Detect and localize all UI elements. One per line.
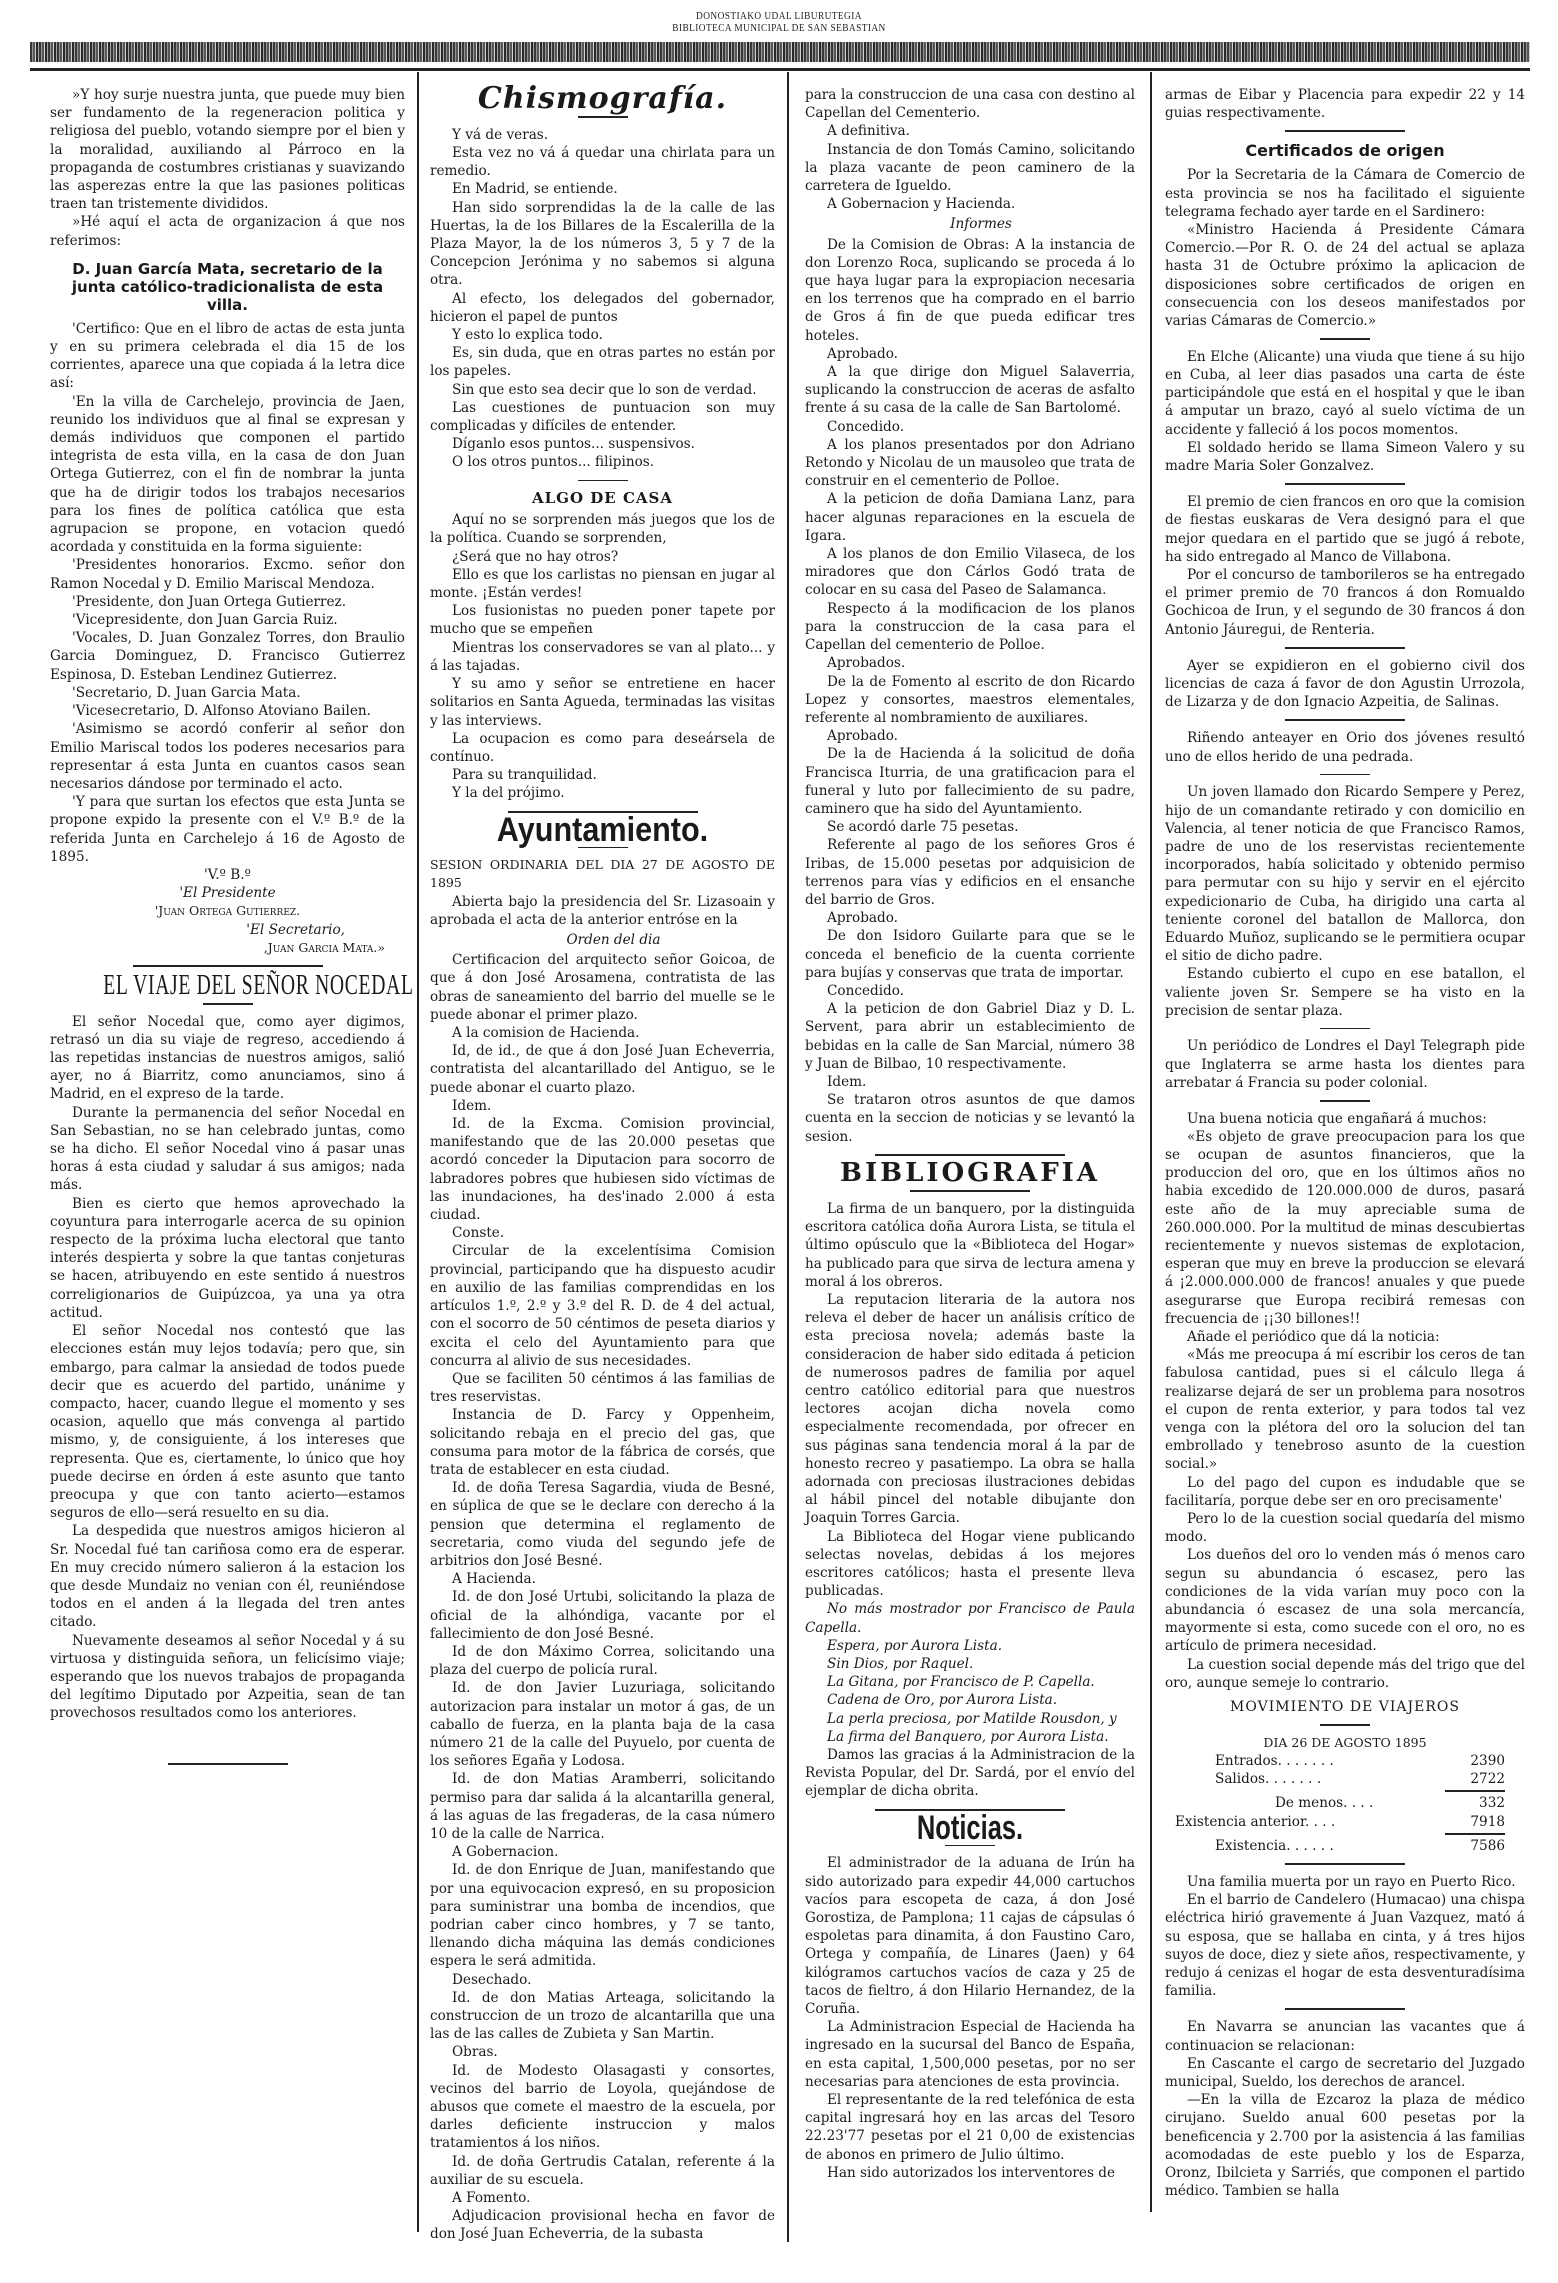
column-1: »Y hoy surje nuestra junta, que puede mu… [50,86,405,1773]
paragraph: Id. de don José Urtubi, solicitando la p… [430,1588,775,1643]
book-entry-text: La perla preciosa, por Matilde Rousdon, … [827,1711,1117,1727]
agenda-subheading: Orden del dia [430,931,775,949]
section-separator [578,116,628,118]
paragraph: La Administracion Especial de Hacienda h… [805,2018,1135,2091]
paragraph: Id, de id., de que á don José Juan Echev… [430,1042,775,1097]
column-divider [1150,72,1152,2212]
paragraph: La Biblioteca del Hogar viene publicando… [805,1528,1135,1601]
book-entry: No más mostrador por Francisco de Paula … [805,1600,1135,1636]
ledger-row-anterior: Existencia anterior. . . . 7918 [1165,1813,1525,1831]
paragraph: 'Asimismo se acordó conferir al señor do… [50,720,405,793]
ledger-row-salidos: Salidos. . . . . . . 2722 [1165,1770,1525,1788]
paragraph: El señor Nocedal que, como ayer digimos,… [50,1013,405,1104]
section-separator [875,1154,1065,1156]
paragraph: El señor Nocedal nos contestó que las el… [50,1322,405,1522]
travelers-table: DIA 26 DE AGOSTO 1895 Entrados. . . . . … [1165,1734,1525,1855]
ledger-value: 2390 [1470,1752,1505,1770]
paragraph: armas de Eibar y Placencia para expedir … [1165,86,1525,122]
paragraph: Ello es que los carlistas no piensan en … [430,566,775,602]
paragraph: Esta vez no vá á quedar una chirlata par… [430,144,775,180]
paragraph: »Y hoy surje nuestra junta, que puede mu… [50,86,405,213]
paragraph: 'Certifico: Que en el libro de actas de … [50,320,405,393]
paragraph: Id. de don Matias Aramberri, solicitando… [430,1770,775,1843]
ledger-label: Existencia. . . . . . [1215,1837,1334,1855]
paragraph: Sin que esto sea decir que lo son de ver… [430,381,775,399]
paragraph: La despedida que nuestros amigos hiciero… [50,1522,405,1631]
book-entry-text: La Gitana, por Francisco de P. Capella. [827,1674,1095,1690]
ledger-value: 332 [1479,1794,1505,1812]
section-title-noticias: Noticias. [846,1819,1094,1837]
book-entry-text: No más mostrador por Francisco de Paula … [805,1601,1135,1635]
signature-name: 'Juan Ortega Gutierrez. [50,902,405,920]
paragraph: Aquí no se sorprenden más juegos que los… [430,511,775,547]
ledger-label: Salidos. . . . . . . [1215,1770,1321,1788]
paragraph: Instancia de don Tomás Camino, solicitan… [805,141,1135,196]
paragraph: Desechado. [430,1971,775,1989]
book-entry-text: Cadena de Oro, por Aurora Lista. [827,1692,1057,1708]
book-entry-text: La firma del Banquero, por Aurora Lista. [827,1729,1109,1745]
paragraph: Concedido. [805,982,1135,1000]
paragraph: Id. de Modesto Olasagasti y consortes, v… [430,2062,775,2153]
paragraph: —En la villa de Ezcaroz la plaza de médi… [1165,2091,1525,2200]
paragraph: 'Presidente, don Juan Ortega Gutierrez. [50,593,405,611]
paragraph: Díganlo esos puntos... suspensivos. [430,435,775,453]
paragraph: Se trataron otros asuntos de que damos c… [805,1091,1135,1146]
section-separator [1285,130,1405,132]
informes-subheading: Informes [805,215,1135,233]
paragraph: El representante de la red telefónica de… [805,2091,1135,2164]
paragraph: Durante la permanencia del señor Nocedal… [50,1104,405,1195]
paragraph: 'Secretario, D. Juan Garcia Mata. [50,684,405,702]
paragraph: Concedido. [805,418,1135,436]
paragraph: Mientras los conservadores se van al pla… [430,639,775,675]
section-separator [1285,2008,1405,2010]
ledger-row-existencia: Existencia. . . . . . 7586 [1165,1837,1525,1855]
section-separator [1320,1724,1370,1726]
ledger-rule [1445,1833,1505,1835]
paragraph: A la que dirige don Miguel Salaverria, s… [805,363,1135,418]
paragraph: El administrador de la aduana de Irún ha… [805,1854,1135,2018]
book-entry: Sin Dios, por Raquel. [805,1655,1135,1673]
paragraph: En Elche (Alicante) una viuda que tiene … [1165,348,1525,439]
paragraph: En Madrid, se entiende. [430,180,775,198]
library-header-basque: DONOSTIAKO UDAL LIBURUTEGIA [117,10,1441,22]
paragraph: La reputacion literaria de la autora nos… [805,1291,1135,1528]
paragraph: Una buena noticia que engañará á muchos: [1165,1110,1525,1128]
paragraph: Un joven llamado don Ricardo Sempere y P… [1165,783,1525,965]
paragraph: A Gobernacion y Hacienda. [805,195,1135,213]
column-4: armas de Eibar y Placencia para expedir … [1165,86,1525,2200]
column-divider [787,72,789,2242]
ledger-row-entrados: Entrados. . . . . . . 2390 [1165,1752,1525,1770]
section-separator [133,965,323,967]
paragraph: A Hacienda. [430,1570,775,1588]
paragraph: 'Presidentes honorarios. Excmo. señor do… [50,556,405,592]
section-separator [578,480,628,482]
paragraph: 'Vicesecretario, D. Alfonso Atoviano Bai… [50,702,405,720]
paragraph: Id. de doña Teresa Sagardia, viuda de Be… [430,1479,775,1570]
paragraph: Al efecto, los delegados del gobernador,… [430,290,775,326]
ledger-label: Entrados. . . . . . . [1215,1752,1334,1770]
paragraph: De la de Fomento al escrito de don Ricar… [805,673,1135,728]
paragraph: A la peticion de doña Damiana Lanz, para… [805,490,1135,545]
paragraph: A la comision de Hacienda. [430,1024,775,1042]
paragraph: Abierta bajo la presidencia del Sr. Liza… [430,893,775,929]
paragraph: Conste. [430,1224,775,1242]
paragraph: »Hé aquí el acta de organizacion á que n… [50,213,405,249]
signature-title-text: 'El Presidente [179,885,275,901]
section-title-chismografia: Chismografía. [430,90,775,108]
book-entry-text: Sin Dios, por Raquel. [827,1656,973,1672]
signature-name: ,Juan Garcia Mata.» [50,939,405,957]
paragraph: Riñendo anteayer en Orio dos jóvenes res… [1165,729,1525,765]
paragraph: Circular de la excelentísima Comision pr… [430,1242,775,1369]
paragraph: De la de Hacienda á la solicitud de doña… [805,745,1135,818]
paragraph: La firma de un banquero, por la distingu… [805,1200,1135,1291]
section-title-algo-de-casa: ALGO DE CASA [430,489,775,507]
library-header: DONOSTIAKO UDAL LIBURUTEGIA BIBLIOTECA M… [117,10,1441,34]
paragraph: A definitiva. [805,122,1135,140]
paragraph: La ocupacion es como para deseársela de … [430,730,775,766]
paragraph: Y esto lo explica todo. [430,326,775,344]
signature-vb: 'V.º B.º [50,866,405,884]
paragraph: Lo del pago del cupon es indudable que s… [1165,1474,1525,1510]
paragraph: Adjudicacion provisional hecha en favor … [430,2207,775,2243]
paragraph: Añade el periódico que dá la noticia: [1165,1328,1525,1346]
paragraph: Damos las gracias á la Administracion de… [805,1746,1135,1801]
section-separator [1285,483,1405,485]
masthead-rule [30,68,1530,71]
paragraph: En Navarra se anuncian las vacantes que … [1165,2018,1525,2054]
paragraph: Estando cubierto el cupo en ese batallon… [1165,965,1525,1020]
paragraph: A Gobernacion. [430,1843,775,1861]
section-separator [1320,1100,1370,1102]
paragraph: Las cuestiones de puntuacion son muy com… [430,399,775,435]
paragraph: «Es objeto de grave preocupacion para lo… [1165,1128,1525,1328]
library-header-spanish: BIBLIOTECA MUNICIPAL DE SAN SEBASTIAN [117,22,1441,34]
paragraph: Aprobado. [805,727,1135,745]
paragraph: A la peticion de don Gabriel Diaz y D. L… [805,1000,1135,1073]
paragraph: Una familia muerta por un rayo en Puerto… [1165,1873,1525,1891]
section-title-bibliografia: BIBLIOGRAFIA [805,1164,1135,1182]
masthead-banner-strip [30,42,1530,62]
ledger-row-menos: De menos. . . . 332 [1165,1794,1525,1812]
paragraph: Un periódico de Londres el Dayl Telegrap… [1165,1037,1525,1092]
paragraph: Y la del prójimo. [430,784,775,802]
paragraph: Idem. [430,1097,775,1115]
section-separator [203,1003,253,1005]
paragraph: A Fomento. [430,2189,775,2207]
paragraph: Nuevamente deseamos al señor Nocedal y á… [50,1632,405,1723]
section-separator [1285,1863,1405,1865]
signature-title-text: 'El Secretario, [246,922,345,938]
paragraph: Referente al pago de los señores Gros é … [805,836,1135,909]
paragraph: De don Isidoro Guilarte para que se le c… [805,927,1135,982]
travelers-date: DIA 26 DE AGOSTO 1895 [1165,1734,1525,1752]
paragraph: La cuestion social depende más del trigo… [1165,1656,1525,1692]
paragraph: El soldado herido se llama Simeon Valero… [1165,439,1525,475]
section-separator [1320,1028,1370,1030]
paragraph: ¿Será que no hay otros? [430,548,775,566]
signature-title: 'El Secretario, [50,921,405,939]
column-divider [417,72,419,2232]
paragraph: El premio de cien francos en oro que la … [1165,493,1525,566]
paragraph: De la Comision de Obras: A la instancia … [805,236,1135,345]
paragraph: Pero lo de la cuestion social quedaría d… [1165,1510,1525,1546]
paragraph: Ayer se expidieron en el gobierno civil … [1165,657,1525,712]
paragraph: para la construccion de una casa con des… [805,86,1135,122]
paragraph: Aprobado. [805,345,1135,363]
ledger-label: Existencia anterior. . . . [1175,1813,1335,1831]
section-separator [1320,338,1370,340]
paragraph: Id de don Máximo Correa, solicitando una… [430,1643,775,1679]
paragraph: A los planos presentados por don Adriano… [805,436,1135,491]
ledger-value: 7586 [1470,1837,1505,1855]
paragraph: Y vá de veras. [430,126,775,144]
column-3: para la construccion de una casa con des… [805,86,1135,2182]
paragraph: Aprobados. [805,654,1135,672]
paragraph: Instancia de D. Farcy y Oppenheim, solic… [430,1406,775,1479]
paragraph: 'En la villa de Carchelejo, provincia de… [50,393,405,557]
paragraph: Por la Secretaria de la Cámara de Comerc… [1165,166,1525,221]
paragraph: Idem. [805,1073,1135,1091]
paragraph: Respecto á la modificacion de los planos… [805,600,1135,655]
section-separator [910,1190,1030,1192]
book-entry: La firma del Banquero, por Aurora Lista. [805,1728,1135,1746]
paragraph: Id. de doña Gertrudis Catalan, referente… [430,2153,775,2189]
paragraph: O los otros puntos... filipinos. [430,453,775,471]
paragraph: Es, sin duda, que en otras partes no est… [430,344,775,380]
paragraph: 'Y para que surtan los efectos que esta … [50,793,405,866]
paragraph: Han sido sorprendidas la de la calle de … [430,199,775,290]
article-title: EL VIAJE DEL SEÑOR NOCEDAL [103,977,352,995]
paragraph: Id. de don Matias Arteaga, solicitando l… [430,1989,775,2044]
paragraph: 'Vocales, D. Juan Gonzalez Torres, don B… [50,629,405,684]
column-2: Chismografía. Y vá de veras. Esta vez no… [430,86,775,2244]
book-entry: La perla preciosa, por Matilde Rousdon, … [805,1710,1135,1728]
book-entry: La Gitana, por Francisco de P. Capella. [805,1673,1135,1691]
book-entry-text: Espera, por Aurora Lista. [827,1638,1002,1654]
paragraph: Y su amo y señor se entretiene en hacer … [430,675,775,730]
paragraph: Por el concurso de tamborileros se ha en… [1165,566,1525,639]
travelers-table-title: MOVIMIENTO DE VIAJEROS [1165,1698,1525,1716]
section-separator [168,1763,288,1765]
paragraph: «Ministro Hacienda á Presidente Cámara C… [1165,221,1525,330]
paragraph: A los planos de don Emilio Vilaseca, de … [805,545,1135,600]
paragraph: En Cascante el cargo de secretario del J… [1165,2055,1525,2091]
paragraph: Para su tranquilidad. [430,766,775,784]
paragraph: 'Vicepresidente, don Juan Garcia Ruiz. [50,611,405,629]
ledger-label: De menos. . . . [1275,1794,1373,1812]
paragraph: En el barrio de Candelero (Humacao) una … [1165,1891,1525,2000]
paragraph: Bien es cierto que hemos aprovechado la … [50,1195,405,1322]
section-title-certificados: Certificados de origen [1165,142,1525,160]
acta-heading: D. Juan García Mata, secretario de la ju… [50,260,405,314]
paragraph: «Más me preocupa á mí escribir los ceros… [1165,1346,1525,1473]
paragraph: Han sido autorizados los interventores d… [805,2164,1135,2182]
ledger-value: 2722 [1470,1770,1505,1788]
paragraph: Obras. [430,2043,775,2061]
section-separator [1320,774,1370,776]
paragraph: Aprobado. [805,909,1135,927]
section-title-ayuntamiento: Ayuntamiento. [447,821,758,839]
paragraph: Los dueños del oro lo venden más ó menos… [1165,1546,1525,1655]
section-separator [1285,719,1405,721]
book-entry: Cadena de Oro, por Aurora Lista. [805,1691,1135,1709]
ledger-value: 7918 [1470,1813,1505,1831]
book-entry: Espera, por Aurora Lista. [805,1637,1135,1655]
paragraph: Certificacion del arquitecto señor Goico… [430,951,775,1024]
ledger-rule [1445,1790,1505,1792]
section-separator [1285,647,1405,649]
paragraph: Que se faciliten 50 céntimos á las famil… [430,1370,775,1406]
paragraph: Id. de don Javier Luzuriaga, solicitando… [430,1679,775,1770]
paragraph: Id. de don Enrique de Juan, manifestando… [430,1861,775,1970]
paragraph: Id. de la Excma. Comision provincial, ma… [430,1115,775,1224]
session-header: SESION ORDINARIA DEL DIA 27 DE AGOSTO DE… [430,856,775,892]
paragraph: Los fusionistas no pueden poner tapete p… [430,602,775,638]
signature-title: 'El Presidente [50,884,405,902]
paragraph: Se acordó darle 75 pesetas. [805,818,1135,836]
